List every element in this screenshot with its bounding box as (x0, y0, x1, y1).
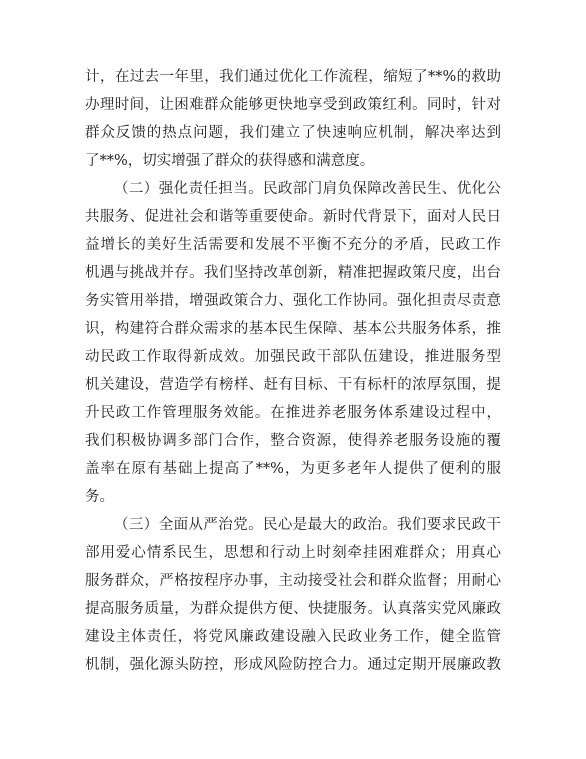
text-line: 部用爱心情系民生，思想和行动上时刻牵挂困难群众；用真心 (85, 539, 501, 567)
text-line: 群众反馈的热点问题，我们建立了快速响应机制，解决率达到 (85, 119, 501, 147)
document-page: 计，在过去一年里，我们通过优化工作流程，缩短了**%的救助 办理时间，让困难群众… (0, 0, 586, 759)
paragraph-section-three: （三）全面从严治党。民心是最大的政治。我们要求民政干 部用爱心情系民生，思想和行… (85, 511, 501, 679)
text-line: （二）强化责任担当。民政部门肩负保障改善民生、优化公 (85, 175, 501, 203)
text-line: 我们积极协调多部门合作，整合资源，使得养老服务设施的覆 (85, 427, 501, 455)
text-line: 共服务、促进社会和谐等重要使命。新时代背景下，面对人民日 (85, 203, 501, 231)
text-line: 机制，强化源头防控，形成风险防控合力。通过定期开展廉政教 (85, 651, 501, 679)
text-line: 服务群众，严格按程序办事，主动接受社会和群众监督；用耐心 (85, 567, 501, 595)
text-line: 动民政工作取得新成效。加强民政干部队伍建设，推进服务型 (85, 343, 501, 371)
paragraph-section-two: （二）强化责任担当。民政部门肩负保障改善民生、优化公 共服务、促进社会和谐等重要… (85, 175, 501, 511)
document-text-block: 计，在过去一年里，我们通过优化工作流程，缩短了**%的救助 办理时间，让困难群众… (85, 63, 501, 679)
text-line: 益增长的美好生活需要和发展不平衡不充分的矛盾，民政工作 (85, 231, 501, 259)
text-line: 建设主体责任，将党风廉政建设融入民政业务工作，健全监管 (85, 623, 501, 651)
text-line: 盖率在原有基础上提高了**%，为更多老年人提供了便利的服 (85, 455, 501, 483)
text-line: 计，在过去一年里，我们通过优化工作流程，缩短了**%的救助 (85, 63, 501, 91)
text-line: 提高服务质量，为群众提供方便、快捷服务。认真落实党风廉政 (85, 595, 501, 623)
paragraph-continuation: 计，在过去一年里，我们通过优化工作流程，缩短了**%的救助 办理时间，让困难群众… (85, 63, 501, 175)
text-line: 识，构建符合群众需求的基本民生保障、基本公共服务体系，推 (85, 315, 501, 343)
text-line: 机关建设，营造学有榜样、赶有目标、干有标杆的浓厚氛围，提 (85, 371, 501, 399)
text-line: （三）全面从严治党。民心是最大的政治。我们要求民政干 (85, 511, 501, 539)
text-line: 务实管用举措，增强政策合力、强化工作协同。强化担责尽责意 (85, 287, 501, 315)
text-line: 机遇与挑战并存。我们坚持改革创新，精准把握政策尺度，出台 (85, 259, 501, 287)
text-line: 了**%，切实增强了群众的获得感和满意度。 (85, 147, 501, 175)
text-line: 升民政工作管理服务效能。在推进养老服务体系建设过程中， (85, 399, 501, 427)
text-line: 办理时间，让困难群众能够更快地享受到政策红利。同时，针对 (85, 91, 501, 119)
text-line: 务。 (85, 483, 501, 511)
